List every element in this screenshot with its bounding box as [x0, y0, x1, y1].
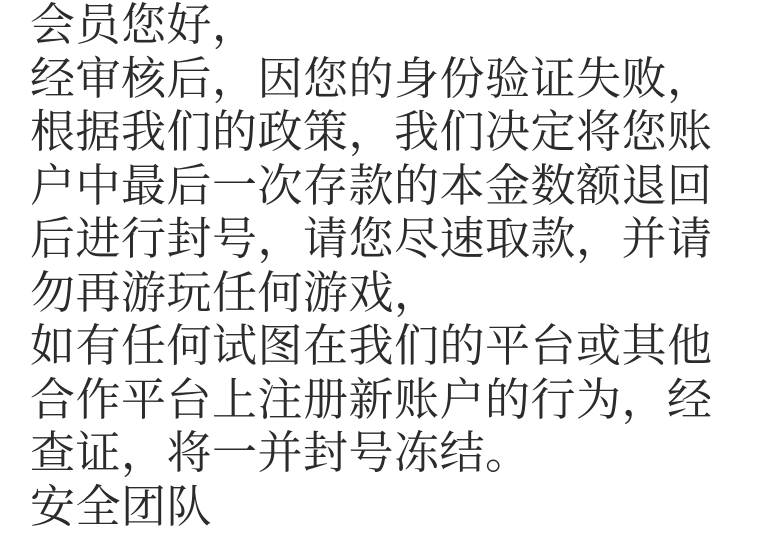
message-line: 查证，将一并封号冻结。 — [30, 426, 739, 480]
message-line: 经审核后，因您的身份验证失败， — [30, 52, 739, 106]
message-line: 户中最后一次存款的本金数额退回 — [30, 159, 739, 213]
message-line: 勿再游玩任何游戏， — [30, 266, 739, 320]
message-line: 合作平台上注册新账户的行为，经 — [30, 373, 739, 427]
message-line: 会员您好， — [30, 0, 739, 52]
message-body: 会员您好， 经审核后，因您的身份验证失败， 根据我们的政策，我们决定将您账 户中… — [0, 0, 767, 534]
message-line: 根据我们的政策，我们决定将您账 — [30, 105, 739, 159]
message-signature: 安全团队 — [30, 480, 739, 534]
message-line: 后进行封号，请您尽速取款，并请 — [30, 212, 739, 266]
message-line: 如有任何试图在我们的平台或其他 — [30, 319, 739, 373]
